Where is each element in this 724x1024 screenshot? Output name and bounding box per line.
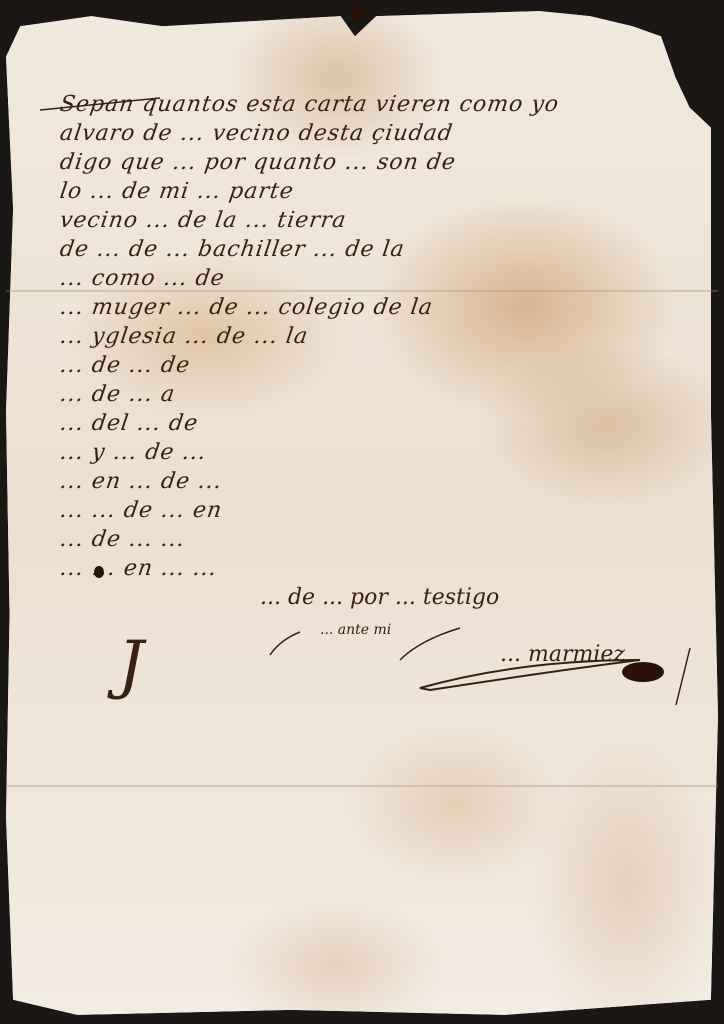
ink-blot (622, 662, 664, 682)
ink-blot (94, 566, 104, 578)
ink-blot (350, 6, 366, 20)
signature-flourish-icon (0, 0, 724, 1024)
